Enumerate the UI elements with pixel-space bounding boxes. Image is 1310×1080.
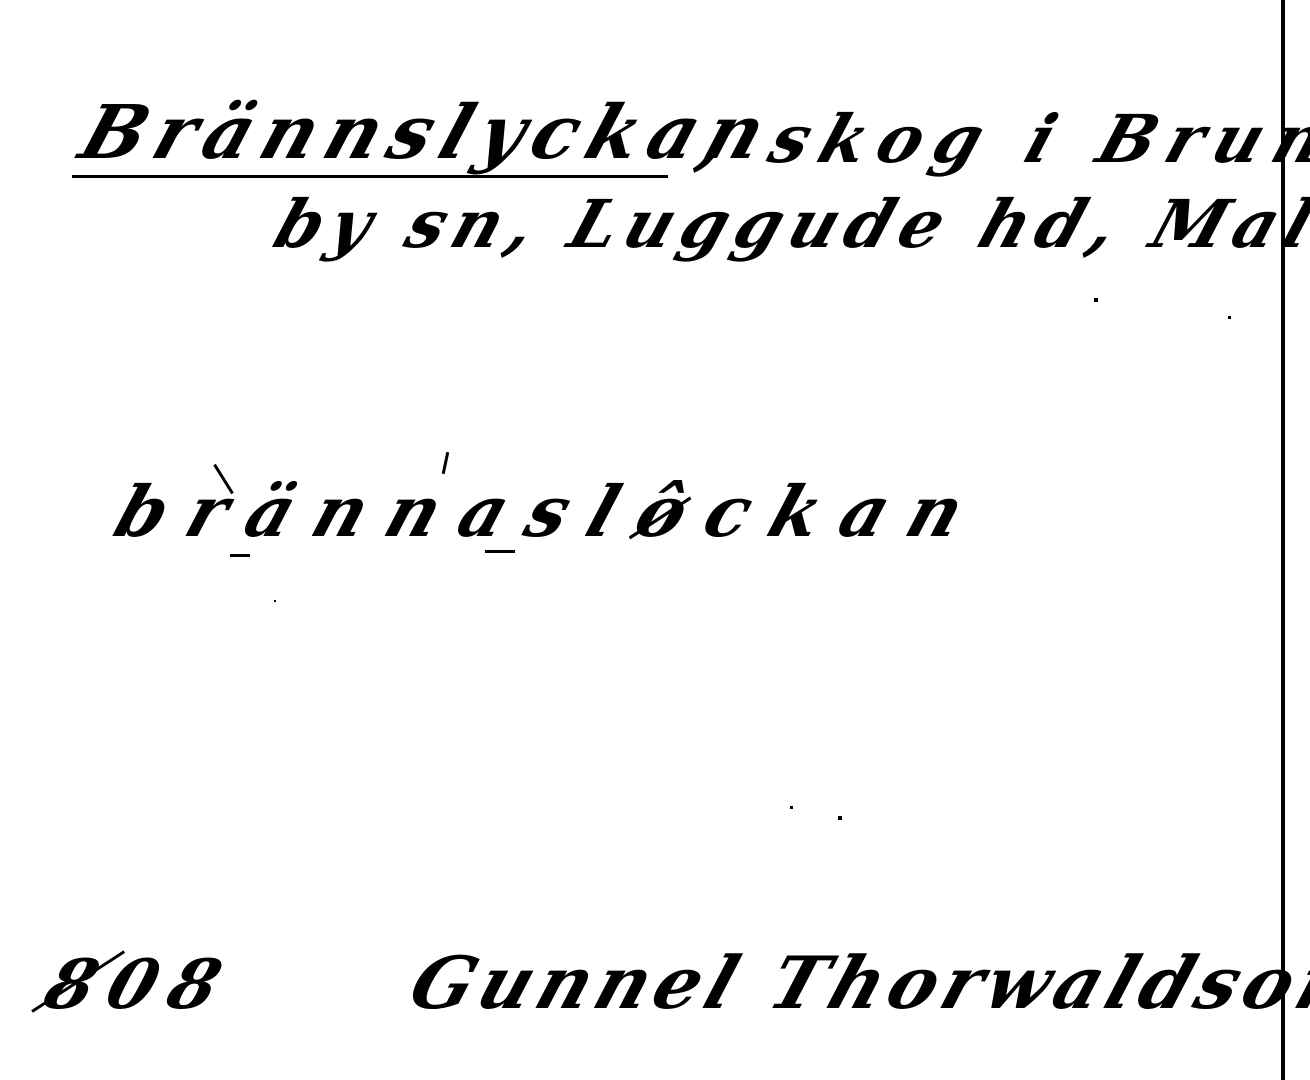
pronunciation: brännaslø̂ckan [105,470,996,553]
headword: Brännslyckan [70,90,786,176]
description-line-2: by sn, Luggude hd, Malm. l. [265,185,1310,263]
stress-underline-1 [230,554,250,557]
headword-underline [72,175,668,178]
collector-signature: Gunnel Thorwaldson 1945. [400,940,1310,1025]
ink-speck [838,816,842,820]
card-number: 808 [35,945,245,1025]
ink-speck [274,600,276,602]
ink-speck [1094,298,1098,302]
ink-speck [1228,316,1231,319]
index-card: Brännslyckan , skog i Brunn- by sn, Lugg… [0,0,1310,1080]
stress-underline-2 [485,550,515,553]
ink-speck [790,806,793,809]
description-line-1: , skog i Brunn- [690,100,1310,178]
